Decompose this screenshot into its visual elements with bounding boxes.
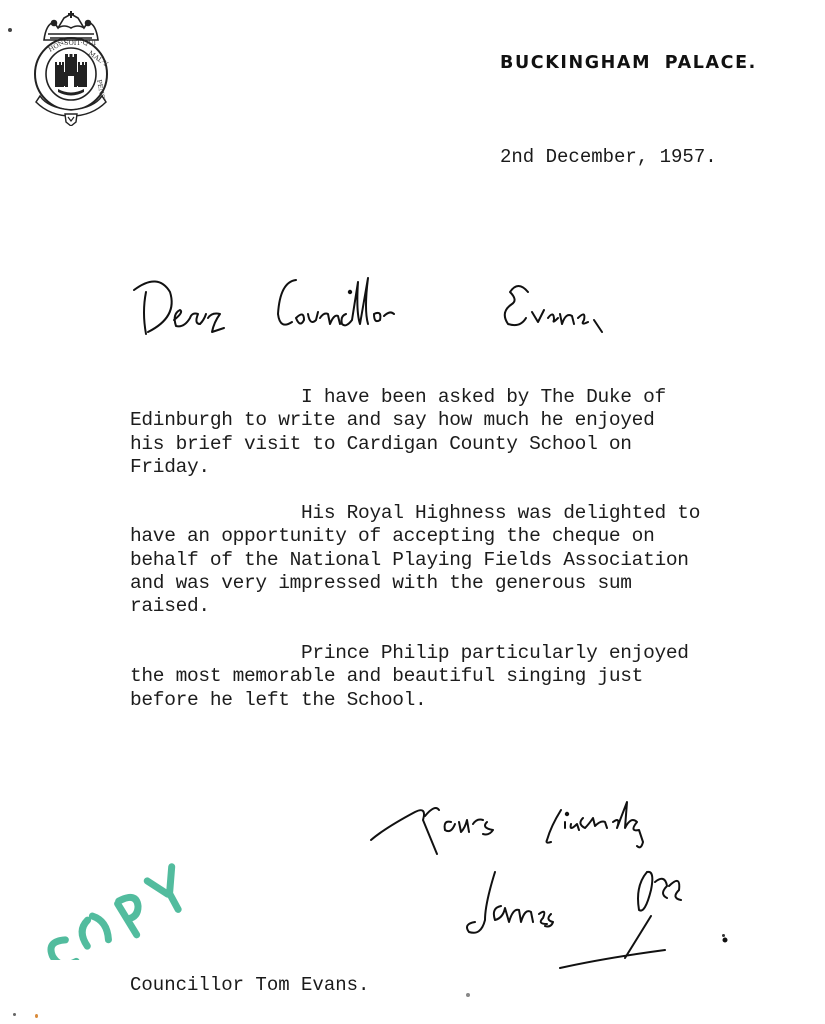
paper-speck [722, 934, 725, 937]
paragraph-line: raised. [130, 595, 700, 618]
paragraph-line: Prince Philip particularly enjoyed [130, 642, 689, 665]
recipient-name: Councillor Tom Evans. [130, 974, 369, 996]
handwritten-closing-signature [355, 790, 755, 980]
body-paragraph-2: His Royal Highness was delighted tohave … [130, 502, 700, 618]
paper-speck [13, 1013, 16, 1016]
letterhead-address: BUCKINGHAM PALACE. [500, 53, 757, 73]
paragraph-line: I have been asked by The Duke of [130, 386, 666, 409]
paragraph-line: and was very impressed with the generous… [130, 572, 700, 595]
paper-speck [8, 28, 12, 32]
handwritten-salutation [128, 262, 608, 352]
body-paragraph-1: I have been asked by The Duke ofEdinburg… [130, 386, 666, 479]
royal-crest-icon: HONI SOIT·QUI MAL·Y PENSE [28, 10, 114, 126]
body-paragraph-3: Prince Philip particularly enjoyedthe mo… [130, 642, 689, 712]
paragraph-line: before he left the School. [130, 689, 689, 712]
paragraph-line: Edinburgh to write and say how much he e… [130, 409, 666, 432]
paper-speck [35, 1014, 38, 1018]
paragraph-line: the most memorable and beautiful singing… [130, 665, 689, 688]
paragraph-line: behalf of the National Playing Fields As… [130, 549, 700, 572]
letter-date: 2nd December, 1957. [500, 146, 717, 168]
paragraph-line: His Royal Highness was delighted to [130, 502, 700, 525]
copy-stamp: COPY [18, 860, 218, 960]
copy-stamp-label: COPY [218, 860, 219, 861]
paper-speck [466, 993, 470, 997]
paragraph-line: his brief visit to Cardigan County Schoo… [130, 433, 666, 456]
paragraph-line: have an opportunity of accepting the che… [130, 525, 700, 548]
svg-text:SOIT·QUI: SOIT·QUI [64, 39, 97, 47]
paragraph-line: Friday. [130, 456, 666, 479]
